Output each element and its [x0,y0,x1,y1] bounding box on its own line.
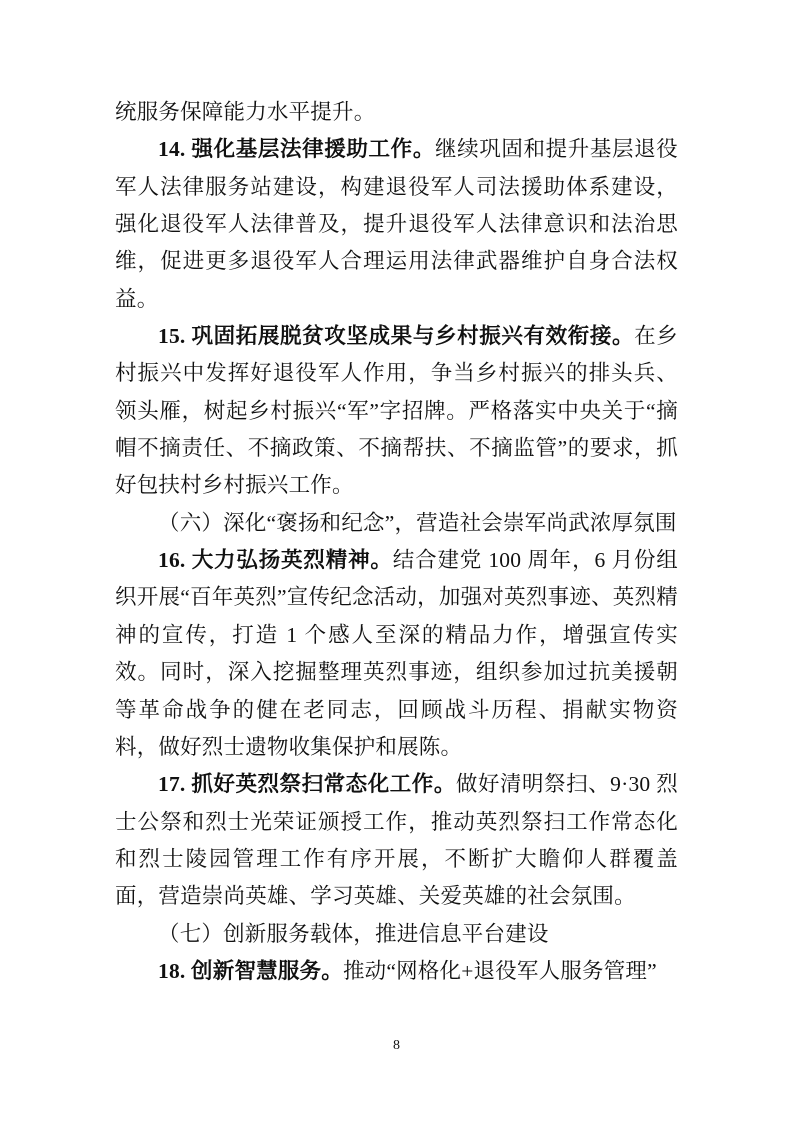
paragraph-text: （六）深化“褒扬和纪念”，营造社会崇军尚武浓厚氛围 [158,511,677,535]
paragraph-text: 在乡村振兴中发挥好退役军人作用，争当乡村振兴的排头兵、领头雁，树起乡村振兴“军”… [115,324,678,497]
paragraph-lead: 15. 巩固拓展脱贫攻坚成果与乡村振兴有效衔接。 [158,324,634,348]
paragraph-lead: 16. 大力弘扬英烈精神。 [158,548,393,572]
document-body: 统服务保障能力水平提升。14. 强化基层法律援助工作。继续巩固和提升基层退役军人… [115,94,678,990]
paragraph-text: 继续巩固和提升基层退役军人法律服务站建设，构建退役军人司法援助体系建设，强化退役… [115,137,678,310]
paragraph-text: （七）创新服务载体，推进信息平台建设 [158,922,549,946]
paragraph: 14. 强化基层法律援助工作。继续巩固和提升基层退役军人法律服务站建设，构建退役… [115,131,678,318]
section-heading: （七）创新服务载体，推进信息平台建设 [115,916,678,953]
paragraph-lead: 14. 强化基层法律援助工作。 [158,137,435,161]
paragraph: 18. 创新智慧服务。推动“网格化+退役军人服务管理” [115,953,678,990]
paragraph: 16. 大力弘扬英烈精神。结合建党 100 周年，6 月份组织开展“百年英烈”宣… [115,542,678,766]
paragraph-text: 推动“网格化+退役军人服务管理” [343,959,657,983]
document-page: 统服务保障能力水平提升。14. 强化基层法律援助工作。继续巩固和提升基层退役军人… [0,0,793,1122]
paragraph-text: 结合建党 100 周年，6 月份组织开展“百年英烈”宣传纪念活动，加强对英烈事迹… [115,548,678,759]
page-number: 8 [393,1038,400,1053]
paragraph: 15. 巩固拓展脱贫攻坚成果与乡村振兴有效衔接。在乡村振兴中发挥好退役军人作用，… [115,318,678,505]
paragraph: 统服务保障能力水平提升。 [115,94,678,131]
section-heading: （六）深化“褒扬和纪念”，营造社会崇军尚武浓厚氛围 [115,505,678,542]
paragraph-lead: 17. 抓好英烈祭扫常态化工作。 [158,772,456,796]
paragraph-lead: 18. 创新智慧服务。 [158,959,343,983]
paragraph-text: 统服务保障能力水平提升。 [115,100,375,124]
page-footer: 8 [0,1036,793,1056]
paragraph: 17. 抓好英烈祭扫常态化工作。做好清明祭扫、9·30 烈士公祭和烈士光荣证颁授… [115,766,678,915]
